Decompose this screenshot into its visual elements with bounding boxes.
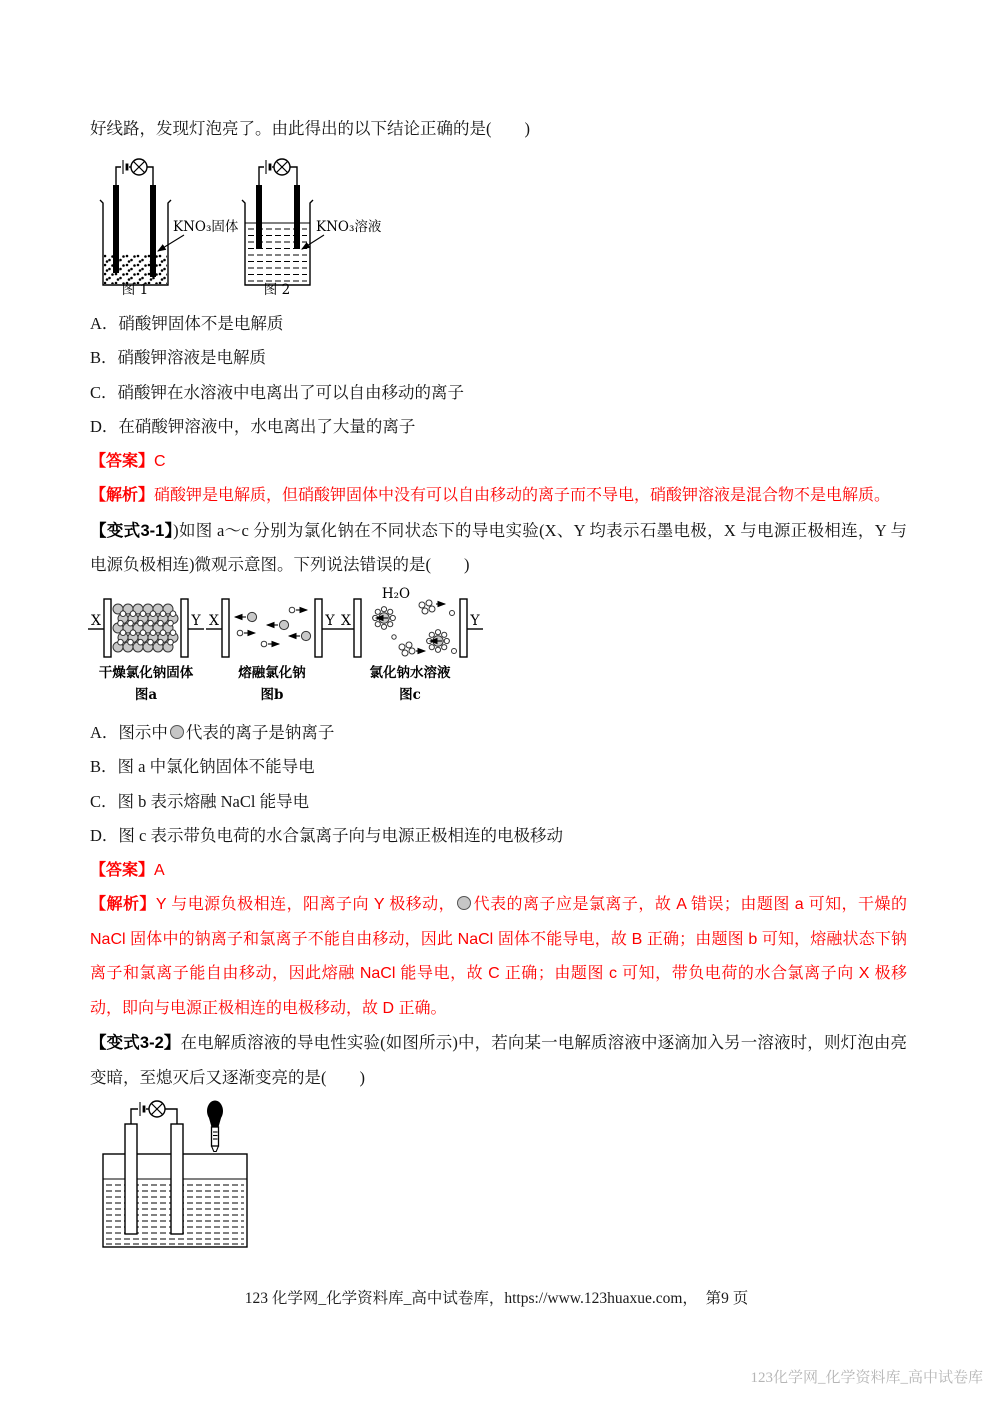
option-text: 图示中 [118, 723, 168, 742]
answer-value: C [154, 453, 166, 470]
watermark: 123化学网_化学资料库_高中试卷库 [750, 1366, 983, 1387]
option-c: C．硝酸钾在水溶液中电离出了可以自由移动的离子 [90, 376, 907, 411]
option-key: D． [90, 417, 118, 436]
option-key: C． [90, 383, 118, 402]
analysis-text: 代表的离子应是氯离子，故 A 错误；由题图 a 可知，干燥的 NaCl 固体中的… [90, 896, 907, 1017]
option-b: B．图 a 中氯化钠固体不能导电 [90, 750, 907, 785]
option-key: D． [90, 826, 118, 845]
h2o-label: H₂O [382, 586, 410, 602]
cell-b-caption: 图b [261, 686, 284, 703]
analysis-line: 【解析】硝酸钾是电解质，但硝酸钾固体中没有可以自由移动的离子而不导电，硝酸钾溶液… [90, 479, 907, 514]
cell-molten-nacl: X Y 熔融氯化钠 图b [206, 599, 338, 703]
beaker-kno3-solution: KNO₃溶液 图 2 [242, 159, 382, 296]
beaker-kno3-solid: KNO₃固体 图 1 [100, 159, 239, 296]
answer-line: 【答案】A [90, 854, 907, 889]
variant-marker: 【变式3-2】 [90, 1034, 181, 1052]
option-key: B． [90, 348, 118, 367]
electrode-left [125, 1124, 137, 1234]
electrode-right [171, 1124, 183, 1234]
variant-3-2-stem: 【变式3-2】在电解质溶液的导电性实验(如图所示)中，若向某一电解质溶液中逐滴加… [90, 1026, 907, 1095]
analysis-marker: 【解析】 [90, 487, 154, 504]
option-text: 硝酸钾固体不是电解质 [118, 314, 283, 333]
option-text: 硝酸钾溶液是电解质 [118, 348, 267, 367]
gray-ion-circle-icon [170, 725, 184, 739]
cell-c-caption: 图c [399, 686, 421, 703]
option-d: D．图 c 表示带负电荷的水合氯离子向与电源正极相连的电极移动 [90, 819, 907, 854]
cell-c-name: 氯化钠水溶液 [370, 664, 451, 681]
option-a: A．硝酸钾固体不是电解质 [90, 307, 907, 342]
gray-ion-circle-icon [457, 896, 471, 910]
page-footer: 123 化学网_化学资料库_高中试卷库，https://www.123huaxu… [0, 1286, 993, 1308]
option-text: 硝酸钾在水溶液中电离出了可以自由移动的离子 [118, 383, 465, 402]
variant-marker: 【变式3-1】 [90, 522, 173, 540]
option-text: 图 a 中氯化钠固体不能导电 [118, 757, 315, 776]
figure-kno3-experiment: KNO₃固体 图 1 [92, 155, 907, 301]
option-key: A． [90, 314, 118, 333]
stem-text: )如图 a～c 分别为氯化钠在不同状态下的导电实验(X、Y 均表示石墨电极，X … [90, 521, 907, 575]
option-key: B． [90, 757, 118, 776]
nacl-states-diagram: X Y 干燥氯化钠固体 图a [88, 585, 488, 705]
kno3-beakers-diagram: KNO₃固体 图 1 [92, 155, 422, 296]
stem-text: 在电解质溶液的导电性实验(如图所示)中，若向某一电解质溶液中逐滴加入另一溶液时，… [90, 1033, 907, 1087]
cell-a-name: 干燥氯化钠固体 [99, 664, 194, 681]
analysis-text: Y 与电源负极相连，阳离子向 Y 极移动， [156, 896, 455, 913]
option-key: A． [90, 723, 118, 742]
answer-line: 【答案】C [90, 445, 907, 480]
variant-3-1-stem: 【变式3-1】)如图 a～c 分别为氯化钠在不同状态下的导电实验(X、Y 均表示… [90, 514, 907, 583]
analysis-line: 【解析】Y 与电源负极相连，阳离子向 Y 极移动，代表的离子应是氯离子，故 A … [90, 888, 907, 1026]
cell-dry-nacl-solid: X Y 干燥氯化钠固体 图a [88, 599, 204, 703]
analysis-text: 硝酸钾是电解质，但硝酸钾固体中没有可以自由移动的离子而不导电，硝酸钾溶液是混合物… [154, 487, 890, 504]
option-text: 图 c 表示带负电荷的水合氯离子向与电源正极相连的电极移动 [118, 826, 563, 845]
answer-marker: 【答案】 [90, 453, 154, 470]
cell-a-caption: 图a [135, 686, 157, 703]
titration-beaker-diagram [95, 1099, 265, 1251]
cell-nacl-solution: X H₂O [338, 586, 483, 703]
worksheet-page: 好线路，发现灯泡亮了。由此得出的以下结论正确的是( ) [0, 0, 993, 1404]
kno3-solid-label: KNO₃固体 [173, 218, 239, 235]
kno3-solution-label: KNO₃溶液 [316, 218, 382, 235]
electrode-y-label: Y [324, 613, 335, 629]
figure1-caption: 图 1 [122, 282, 148, 296]
cell-b-name: 熔融氯化钠 [237, 664, 306, 681]
electrode-x-label: X [341, 613, 351, 629]
electrode-x-label: X [91, 613, 101, 629]
answer-value: A [154, 862, 165, 879]
option-text: 在硝酸钾溶液中，水电离出了大量的离子 [118, 417, 415, 436]
option-text: 代表的离子是钠离子 [186, 723, 335, 742]
question-intro-text: 好线路，发现灯泡亮了。由此得出的以下结论正确的是( ) [90, 112, 907, 147]
answer-marker: 【答案】 [90, 862, 154, 879]
figure2-caption: 图 2 [264, 282, 290, 296]
electrode-y-label: Y [190, 613, 201, 629]
option-c: C．图 b 表示熔融 NaCl 能导电 [90, 785, 907, 820]
page-content: 好线路，发现灯泡亮了。由此得出的以下结论正确的是( ) [90, 112, 907, 1256]
figure-nacl-states: X Y 干燥氯化钠固体 图a [88, 585, 907, 710]
option-b: B．硝酸钾溶液是电解质 [90, 341, 907, 376]
option-d: D．在硝酸钾溶液中，水电离出了大量的离子 [90, 410, 907, 445]
option-a: A．图示中代表的离子是钠离子 [90, 716, 907, 751]
analysis-marker: 【解析】 [90, 896, 156, 913]
electrode-y-label: Y [469, 613, 480, 629]
dropper-icon [207, 1101, 223, 1152]
electrode-x-label: X [209, 613, 219, 629]
option-text: 图 b 表示熔融 NaCl 能导电 [118, 792, 310, 811]
option-key: C． [90, 792, 118, 811]
figure-conductivity-titration [95, 1099, 907, 1256]
